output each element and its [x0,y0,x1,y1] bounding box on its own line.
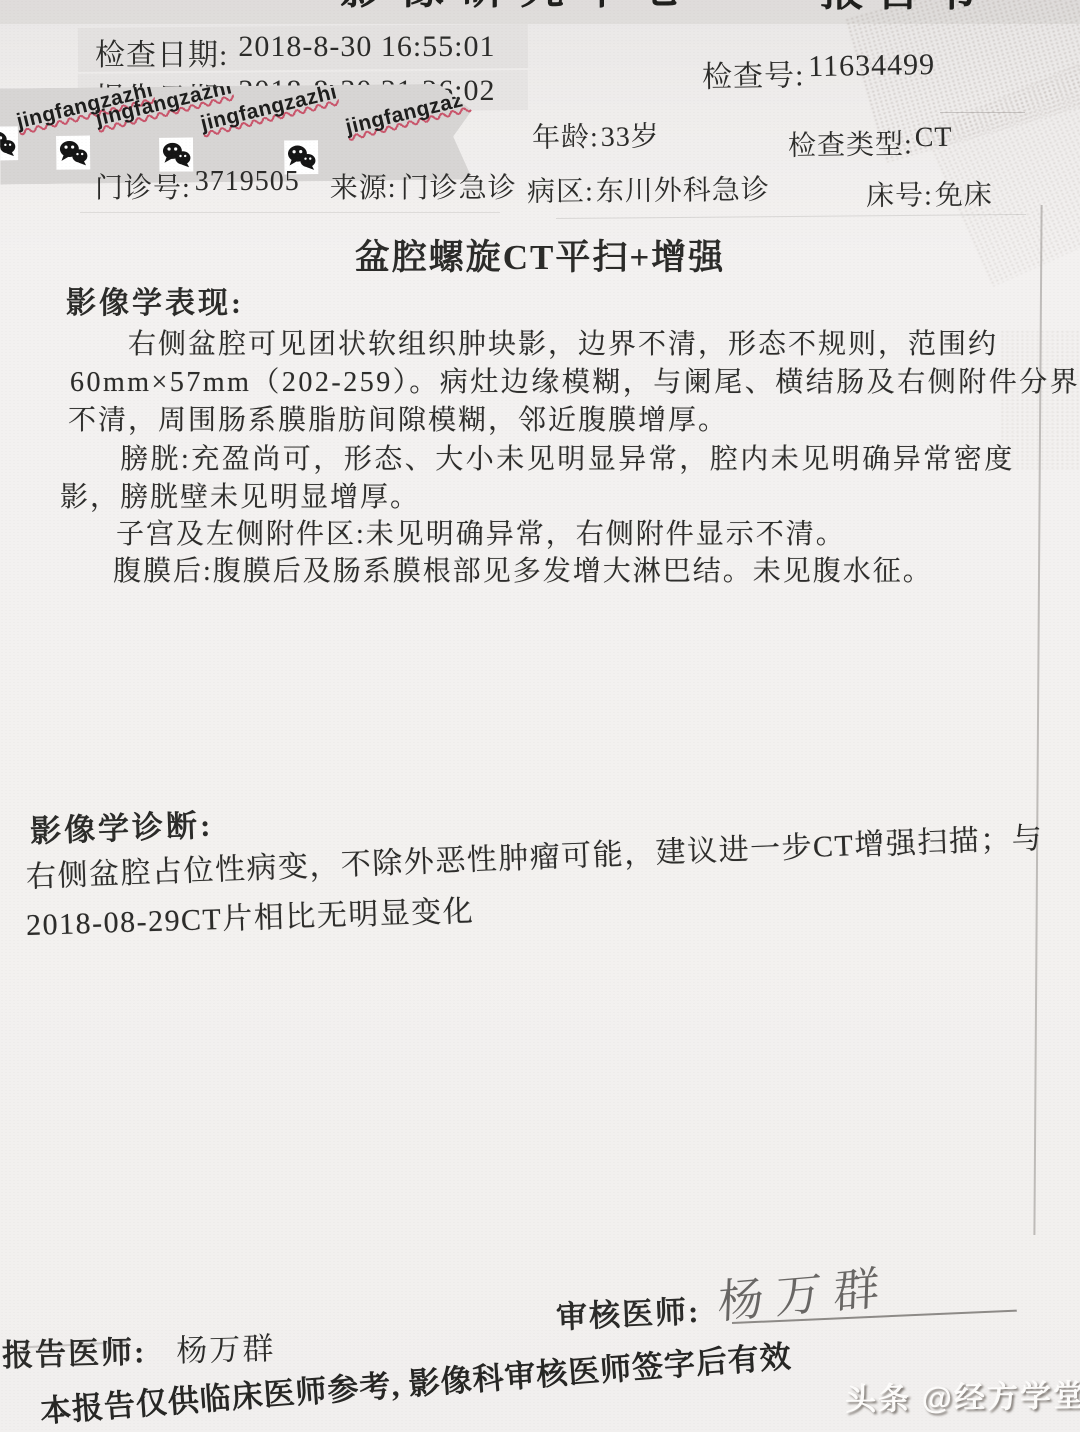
reporter-name: 杨万群 [176,1323,276,1371]
exam-date-value: 2018-8-30 16:55:01 [238,30,495,74]
ward-label: 病区: [527,169,594,210]
clipped-header-text: 报告书 [820,0,988,18]
clipped-header: 影像研究中心 报告书 [320,0,1020,19]
reporter-label: 报告医师: [1,1326,146,1375]
ward-row: 病区: 东川外科急诊 [527,168,770,210]
ward-value: 东川外科急诊 [596,168,770,210]
wechat-icon [56,136,90,170]
outpatient-no-value: 3719505 [195,166,300,206]
bed-row: 床号: 免床 [866,173,993,214]
report-title: 盆腔螺旋CT平扫+增强 [355,230,726,280]
findings-line: 60mm×57mm（202-259）。病灶边缘模糊，与阑尾、横结肠及右侧附件分界 [70,360,1080,400]
exam-date-label: 检查日期: [95,30,228,74]
exam-date-row: 检查日期: 2018-8-30 16:55:01 [95,30,496,74]
scan-line [556,214,1026,219]
findings-heading: 影像学表现: [66,278,244,322]
scan-line [940,112,1025,113]
bed-value: 免床 [935,173,993,214]
age-value: 33岁 [600,114,660,155]
exam-number-row: 检查号: 11634499 [702,48,936,96]
source-label: 来源: [330,166,397,206]
findings-line: 子宫及左侧附件区:未见明确异常，右侧附件显示不清。 [116,512,846,552]
findings-line: 不清，周围肠系膜脂肪间隙模糊，邻近腹膜增厚。 [68,398,728,438]
findings-line: 膀胱:充盈尚可，形态、大小未见明显异常，腔内未见明确异常密度 [120,437,1015,477]
source-value: 门诊急诊 [401,166,517,206]
findings-line: 腹膜后:腹膜后及肠系膜根部见多发增大淋巴结。未见腹水征。 [113,549,933,589]
diagnosis-heading: 影像学诊断: [29,800,214,851]
findings-line: 右侧盆腔可见团状软组织肿块影，边界不清，形态不规则，范围约 [128,322,998,362]
outpatient-row: 门诊号: 3719505 来源: 门诊急诊 [95,166,517,206]
age-label: 年龄: [532,115,599,156]
outpatient-no-label: 门诊号: [95,166,191,206]
reporter-row: 报告医师: 杨万群 [1,1323,275,1375]
exam-number-value: 11634499 [808,48,936,94]
clipped-header-text: 影像研究中心 [340,0,700,16]
exam-type-label: 检查类型: [788,122,913,164]
site-watermark: 头条 @经方学堂 [845,1370,1080,1419]
diagnosis-line: 2018-08-29CT片相比无明显变化 [25,886,474,944]
reviewer-label: 审核医师: [555,1286,701,1337]
exam-type-row: 检查类型: CT [788,122,953,164]
age-row: 年龄: 33岁 [532,114,660,156]
wechat-icon [0,126,18,160]
scan-line [80,212,500,213]
exam-type-value: CT [914,122,952,163]
bed-label: 床号: [866,173,933,214]
scanned-ct-report: 影像研究中心 报告书 检查日期: 2018-8-30 16:55:01 报告日期… [0,0,1080,1432]
findings-line: 影，膀胱壁未见明显增厚。 [60,475,420,515]
exam-number-label: 检查号: [702,50,805,96]
